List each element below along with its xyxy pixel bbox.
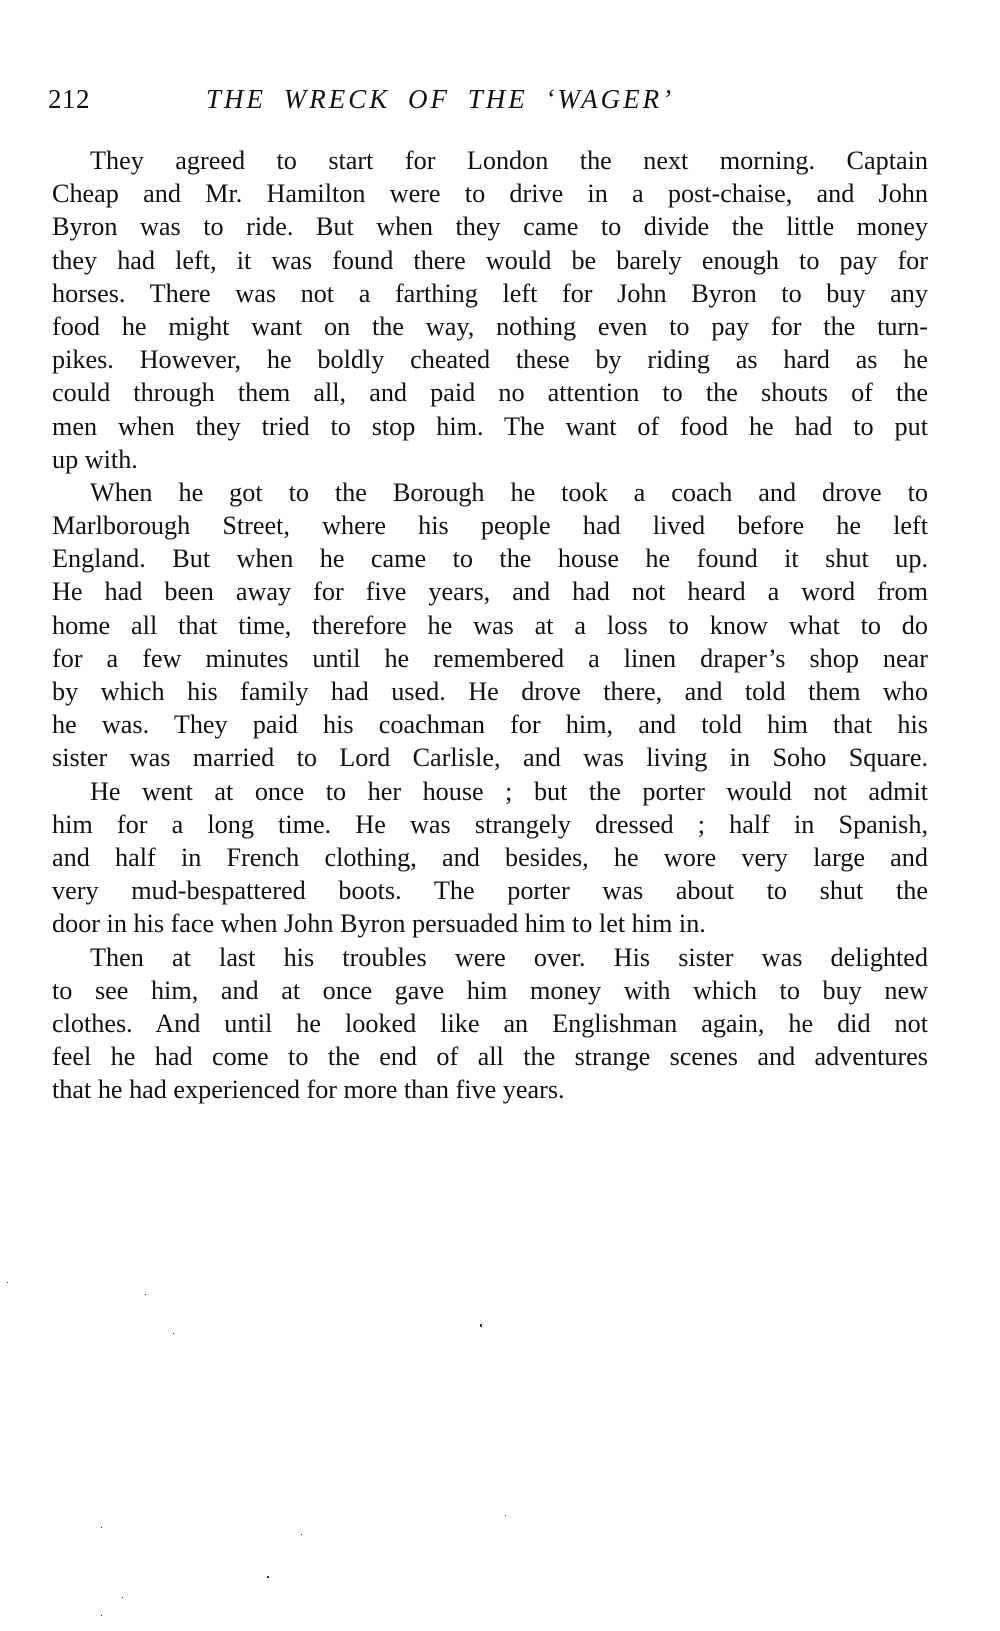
text-line: Byron was to ride. But when they came to… [52, 210, 928, 243]
text-line: very mud-bespattered boots. The porter w… [52, 874, 928, 907]
text-line: could through them all, and paid no atte… [52, 376, 928, 409]
text-line: home all that time, therefore he was at … [52, 609, 928, 642]
scan-speck [173, 1333, 174, 1334]
scan-speck [145, 1294, 146, 1295]
paragraph-2: When he got to the Borough he took a coa… [52, 476, 928, 775]
text-line: food he might want on the way, nothing e… [52, 310, 928, 343]
text-line: feel he had come to the end of all the s… [52, 1040, 928, 1073]
scan-speck [301, 1534, 302, 1535]
text-line: Marlborough Street, where his people had… [52, 509, 928, 542]
paragraph-3: He went at once to her house ; but the p… [52, 775, 928, 941]
paragraph-1: They agreed to start for London the next… [52, 144, 928, 476]
running-head: 212 THE WRECK OF THE ‘WAGER’ [48, 82, 928, 116]
text-line: When he got to the Borough he took a coa… [52, 476, 928, 509]
text-line: Cheap and Mr. Hamilton were to drive in … [52, 177, 928, 210]
running-title: THE WRECK OF THE ‘WAGER’ [206, 82, 674, 116]
text-line: pikes. However, he boldly cheated these … [52, 343, 928, 376]
text-line: Then at last his troubles were over. His… [52, 941, 928, 974]
scan-speck [267, 1576, 269, 1578]
text-line: door in his face when John Byron persuad… [52, 907, 928, 940]
text-line: He had been away for five years, and had… [52, 575, 928, 608]
page-number: 212 [48, 82, 90, 116]
text-line: England. But when he came to the house h… [52, 542, 928, 575]
text-line: sister was married to Lord Carlisle, and… [52, 741, 928, 774]
text-line: clothes. And until he looked like an Eng… [52, 1007, 928, 1040]
text-line: and half in French clothing, and besides… [52, 841, 928, 874]
text-line: He went at once to her house ; but the p… [52, 775, 928, 808]
text-line: by which his family had used. He drove t… [52, 675, 928, 708]
scan-speck [122, 1597, 123, 1598]
body-text: They agreed to start for London the next… [52, 144, 928, 1106]
text-line: men when they tried to stop him. The wan… [52, 410, 928, 443]
scan-speck [480, 1324, 482, 1327]
text-line: horses. There was not a farthing left fo… [52, 277, 928, 310]
scan-speck [101, 1615, 102, 1616]
text-line: they had left, it was found there would … [52, 244, 928, 277]
text-line: to see him, and at once gave him money w… [52, 974, 928, 1007]
paragraph-4: Then at last his troubles were over. His… [52, 941, 928, 1107]
text-line: that he had experienced for more than fi… [52, 1073, 928, 1106]
text-line: They agreed to start for London the next… [52, 144, 928, 177]
scan-speck [101, 1527, 102, 1528]
scan-speck [7, 1282, 8, 1283]
text-line: he was. They paid his coachman for him, … [52, 708, 928, 741]
text-line: for a few minutes until he remembered a … [52, 642, 928, 675]
text-line: up with. [52, 443, 928, 476]
scan-speck [505, 1515, 506, 1516]
text-line: him for a long time. He was strangely dr… [52, 808, 928, 841]
